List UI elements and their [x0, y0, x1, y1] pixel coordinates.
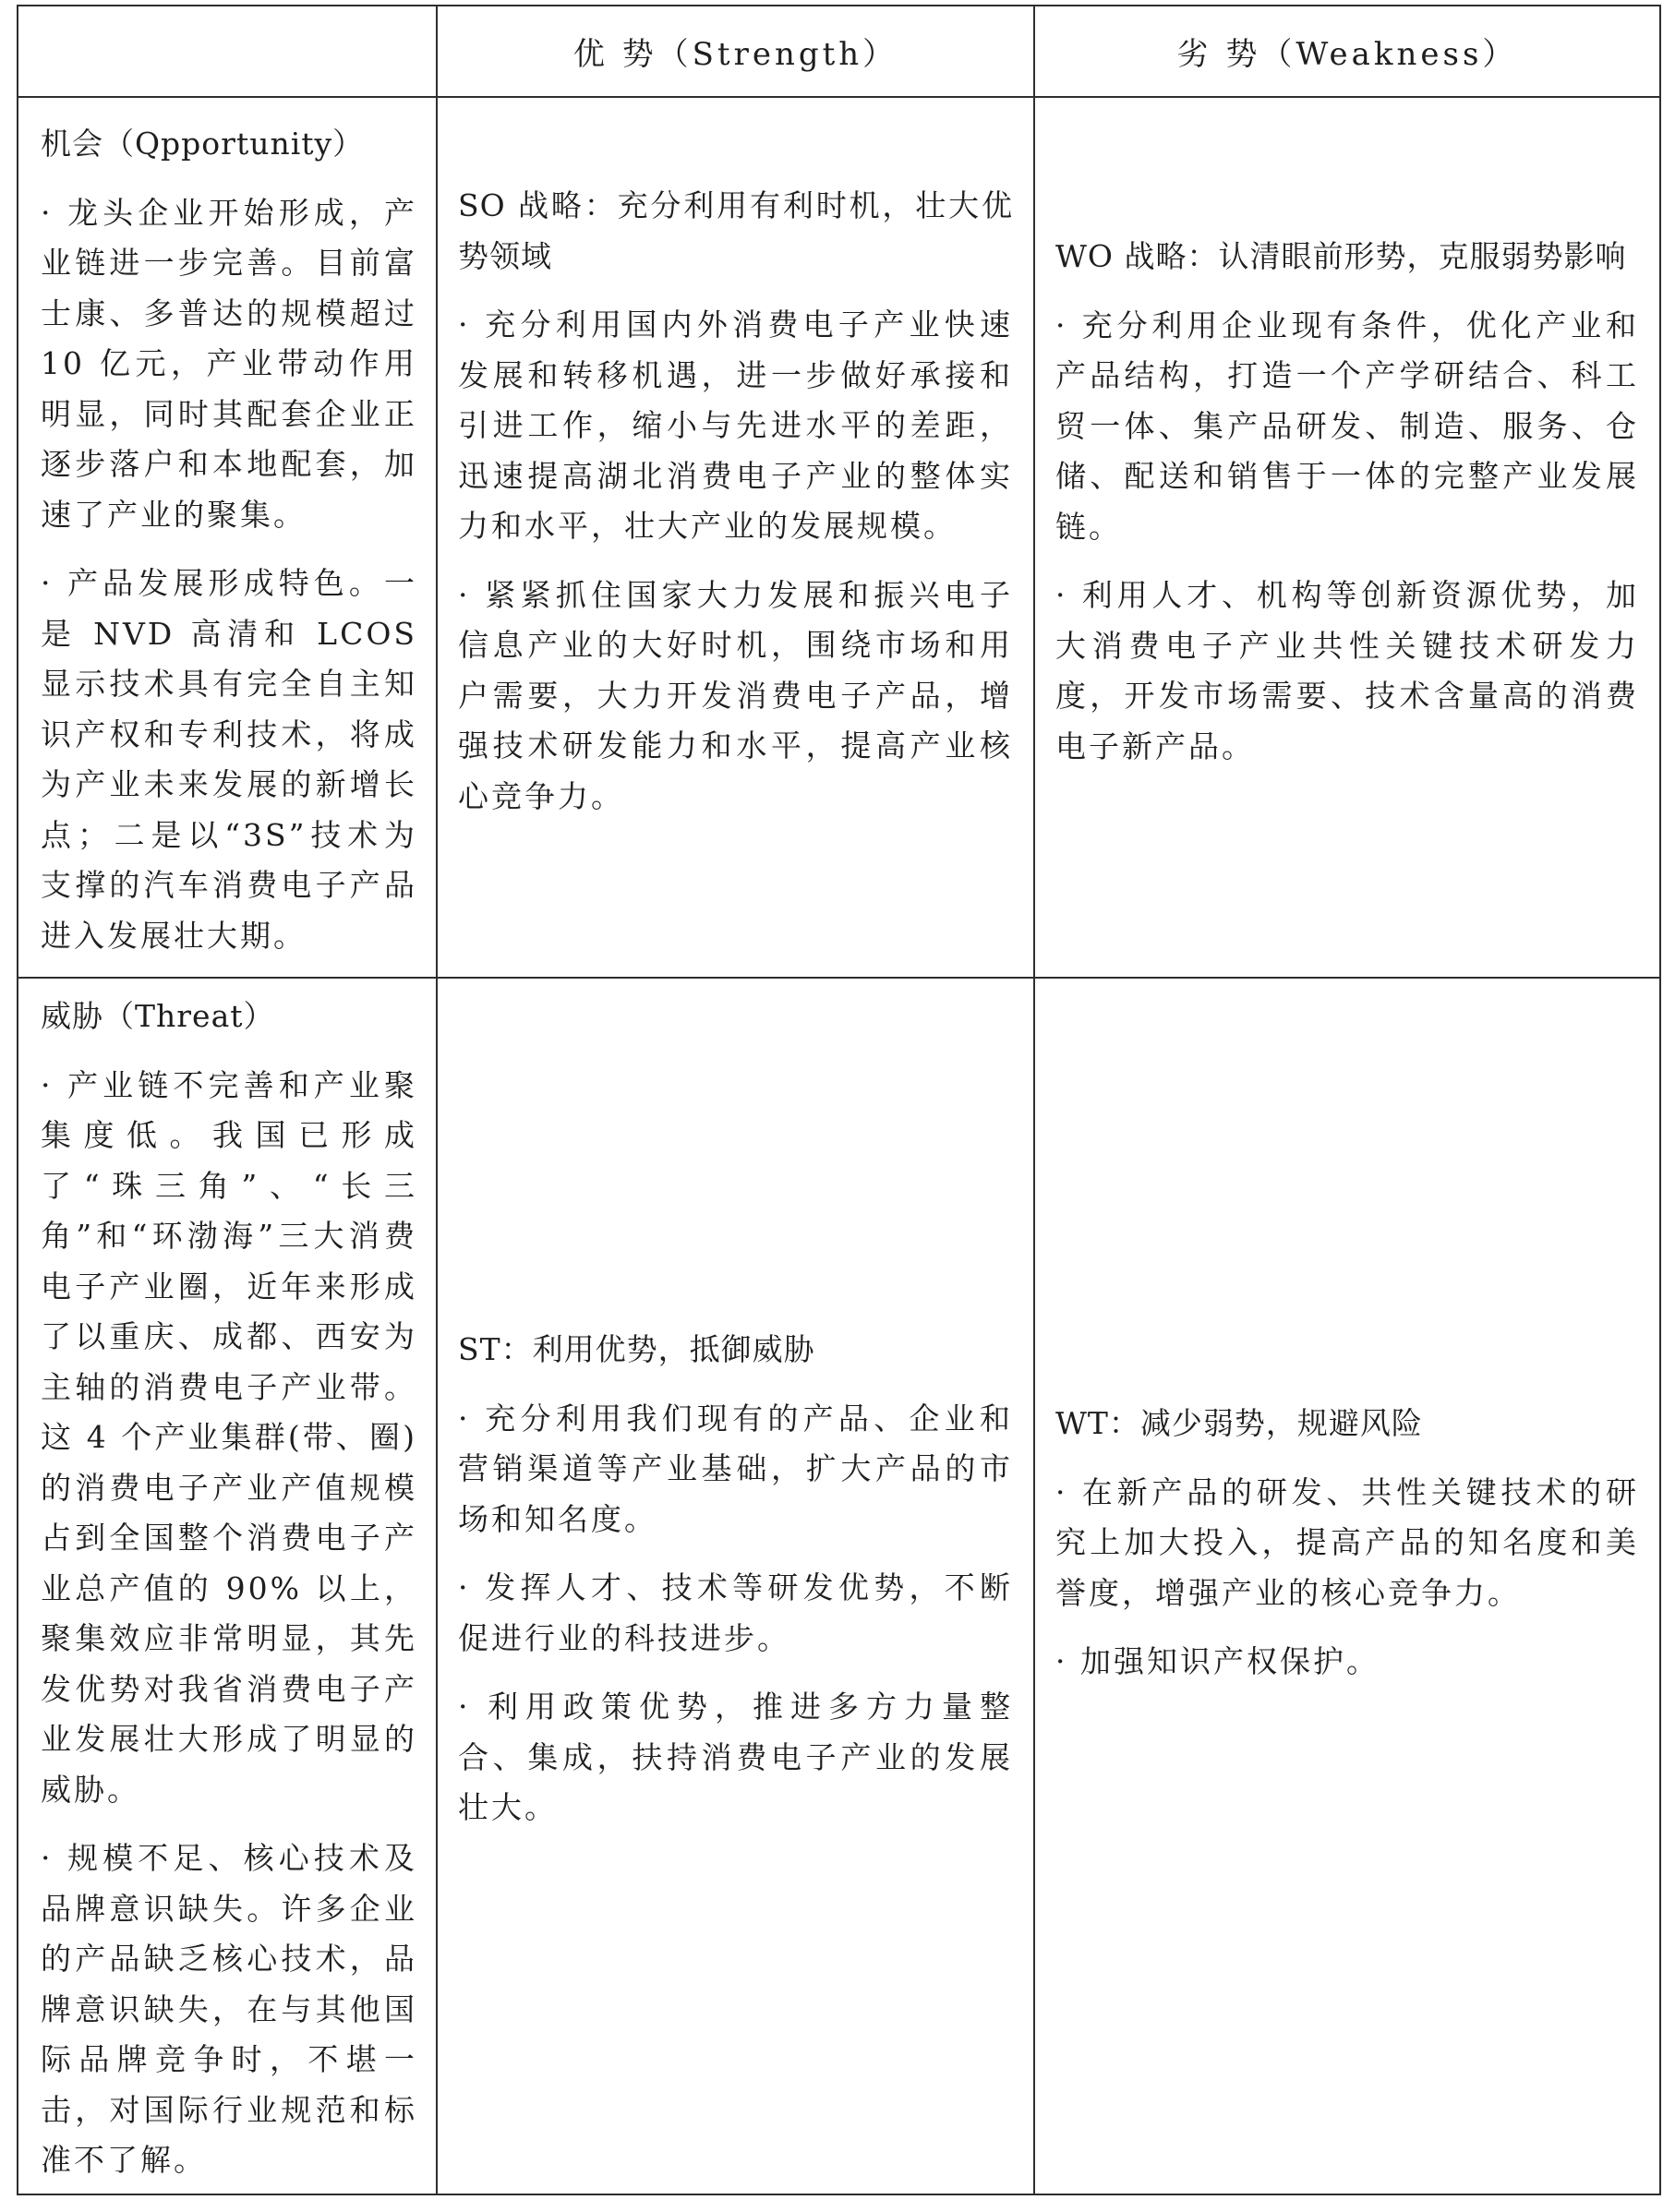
- opportunity-item: · 产品发展形成特色。一是 NVD 高清和 LCOS 显示技术具有完全自主知识产…: [41, 559, 417, 961]
- opportunity-heading: 机会（Qpportunity）: [41, 119, 417, 170]
- threat-row: 威胁（Threat） · 产业链不完善和产业聚集度低。我国已形成了“珠三角”、“…: [18, 978, 1660, 2194]
- st-heading: ST：利用优势，抵御威胁: [458, 1325, 1013, 1376]
- st-item: · 利用政策优势，推进多方力量整合、集成，扶持消费电子产业的发展壮大。: [458, 1682, 1013, 1833]
- corner-cell: [18, 6, 437, 97]
- threat-item: · 产业链不完善和产业聚集度低。我国已形成了“珠三角”、“长三角”和“环渤海”三…: [41, 1061, 417, 1816]
- so-strategy-cell: SO 战略：充分利用有利时机，壮大优势领域 · 充分利用国内外消费电子产业快速发…: [437, 97, 1034, 978]
- st-item: · 充分利用我们现有的产品、企业和营销渠道等产业基础，扩大产品的市场和知名度。: [458, 1394, 1013, 1545]
- opportunity-item: · 龙头企业开始形成，产业链进一步完善。目前富士康、多普达的规模超过 10 亿元…: [41, 188, 417, 541]
- header-weakness: 劣 势（Weakness）: [1034, 6, 1660, 97]
- wt-heading: WT：减少弱势，规避风险: [1055, 1399, 1639, 1449]
- wt-strategy-cell: WT：减少弱势，规避风险 · 在新产品的研发、共性关键技术的研究上加大投入，提高…: [1034, 978, 1660, 2194]
- wo-item: · 利用人才、机构等创新资源优势，加大消费电子产业共性关键技术研发力度，开发市场…: [1055, 571, 1639, 772]
- opportunity-row: 机会（Qpportunity） · 龙头企业开始形成，产业链进一步完善。目前富士…: [18, 97, 1660, 978]
- opportunity-cell: 机会（Qpportunity） · 龙头企业开始形成，产业链进一步完善。目前富士…: [18, 97, 437, 978]
- st-strategy-cell: ST：利用优势，抵御威胁 · 充分利用我们现有的产品、企业和营销渠道等产业基础，…: [437, 978, 1034, 2194]
- st-item: · 发挥人才、技术等研发优势，不断促进行业的科技进步。: [458, 1563, 1013, 1664]
- wt-item: · 加强知识产权保护。: [1055, 1637, 1639, 1688]
- so-item: · 紧紧抓住国家大力发展和振兴电子信息产业的大好时机，围绕市场和用户需要，大力开…: [458, 571, 1013, 823]
- threat-item: · 规模不足、核心技术及品牌意识缺失。许多企业的产品缺乏核心技术，品牌意识缺失，…: [41, 1833, 417, 2186]
- header-strength: 优 势（Strength）: [437, 6, 1034, 97]
- threat-cell: 威胁（Threat） · 产业链不完善和产业聚集度低。我国已形成了“珠三角”、“…: [18, 978, 437, 2194]
- wo-heading: WO 战略：认清眼前形势，克服弱势影响: [1055, 232, 1639, 283]
- header-row: 优 势（Strength） 劣 势（Weakness）: [18, 6, 1660, 97]
- so-heading: SO 战略：充分利用有利时机，壮大优势领域: [458, 181, 1013, 282]
- swot-table: 优 势（Strength） 劣 势（Weakness） 机会（Qpportuni…: [17, 5, 1661, 2195]
- so-item: · 充分利用国内外消费电子产业快速发展和转移机遇，进一步做好承接和引进工作，缩小…: [458, 300, 1013, 552]
- threat-heading: 威胁（Threat）: [41, 992, 417, 1042]
- wo-item: · 充分利用企业现有条件，优化产业和产品结构，打造一个产学研结合、科工贸一体、集…: [1055, 301, 1639, 553]
- wt-item: · 在新产品的研发、共性关键技术的研究上加大投入，提高产品的知名度和美誉度，增强…: [1055, 1468, 1639, 1619]
- wo-strategy-cell: WO 战略：认清眼前形势，克服弱势影响 · 充分利用企业现有条件，优化产业和产品…: [1034, 97, 1660, 978]
